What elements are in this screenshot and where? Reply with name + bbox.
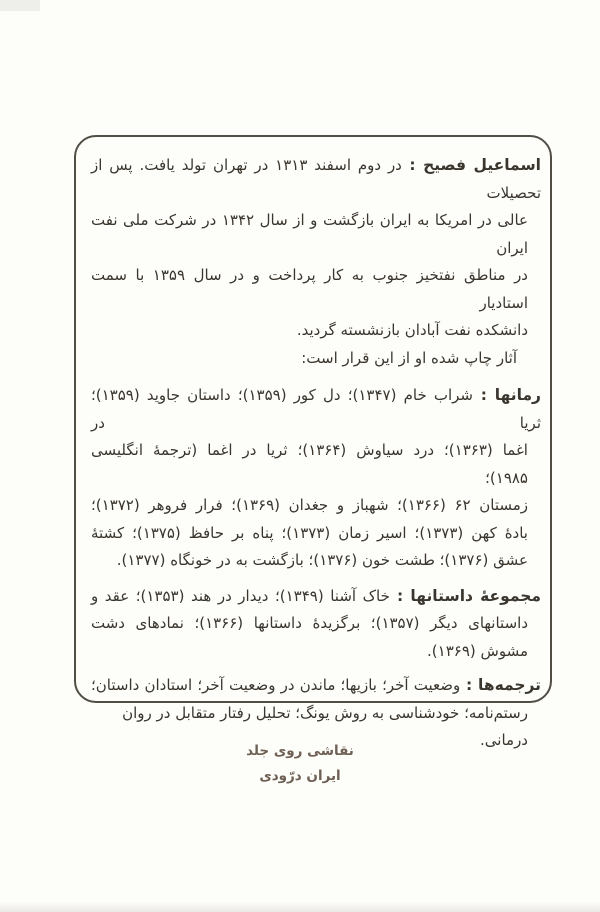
- stories-line-2: داستانهای دیگر (۱۳۵۷)؛ برگزیدهٔ داستانها…: [91, 610, 541, 638]
- bio-line-5: آثار چاپ شده او از این قرار است:: [91, 345, 541, 373]
- bio-line-3: در مناطق نفتخیز جنوب به کار پرداخت و در …: [91, 262, 541, 317]
- book-back-page: اسماعیل فصیح : در دوم اسفند ۱۳۱۳ در تهرا…: [0, 0, 600, 912]
- stories-line-1: مجموعهٔ داستانها : خاک آشنا (۱۳۴۹)؛ دیدا…: [91, 583, 541, 611]
- translations-heading: ترجمه‌ها :: [460, 676, 541, 694]
- novels-line-2: اغما (۱۳۶۳)؛ درد سیاوش (۱۳۶۴)؛ ثریا در ا…: [91, 437, 541, 492]
- translations-line-1: ترجمه‌ها : وضعیت آخر؛ بازیها؛ ماندن در و…: [91, 672, 541, 700]
- cover-artist-name: ایران درّودی: [0, 764, 600, 789]
- novels-line-4: بادهٔ کهن (۱۳۷۳)؛ اسیر زمان (۱۳۷۳)؛ پناه…: [91, 520, 541, 548]
- novels-line-3: زمستان ۶۲ (۱۳۶۶)؛ شهباز و جغدان (۱۳۶۹)؛ …: [91, 492, 541, 520]
- cover-credit-label: نقاشی روی جلد: [0, 739, 600, 764]
- scan-artifact: [0, 0, 40, 11]
- cover-credit: نقاشی روی جلد ایران درّودی: [0, 739, 600, 789]
- bio-line-2: عالی در امریکا به ایران بازگشت و از سال …: [91, 207, 541, 262]
- bio-line-1: اسماعیل فصیح : در دوم اسفند ۱۳۱۳ در تهرا…: [91, 152, 541, 207]
- page-bottom-shade: [0, 902, 600, 912]
- stories-line-1-text: خاک آشنا (۱۳۴۹)؛ دیدار در هند (۱۳۵۳)؛ عق…: [91, 587, 390, 605]
- translations-line-1-text: وضعیت آخر؛ بازیها؛ ماندن در وضعیت آخر؛ ا…: [91, 676, 460, 694]
- stories-line-3: مشوش (۱۳۶۹).: [91, 638, 541, 666]
- story-collections-paragraph: مجموعهٔ داستانها : خاک آشنا (۱۳۴۹)؛ دیدا…: [91, 583, 541, 666]
- author-bio-paragraph: اسماعیل فصیح : در دوم اسفند ۱۳۱۳ در تهرا…: [91, 152, 541, 372]
- story-collections-heading: مجموعهٔ داستانها :: [390, 587, 541, 605]
- bio-line-4: دانشکده نفت آبادان بازنشسته گردید.: [91, 317, 541, 345]
- author-name-label: اسماعیل فصیح :: [402, 156, 541, 174]
- novels-heading: رمانها :: [473, 386, 541, 404]
- author-bio-frame: اسماعیل فصیح : در دوم اسفند ۱۳۱۳ در تهرا…: [74, 135, 552, 703]
- novels-paragraph: رمانها : شراب خام (۱۳۴۷)؛ دل کور (۱۳۵۹)؛…: [91, 382, 541, 575]
- novels-line-1: رمانها : شراب خام (۱۳۴۷)؛ دل کور (۱۳۵۹)؛…: [91, 382, 541, 437]
- novels-line-5: عشق (۱۳۷۶)؛ طشت خون (۱۳۷۶)؛ بازگشت به در…: [91, 547, 541, 575]
